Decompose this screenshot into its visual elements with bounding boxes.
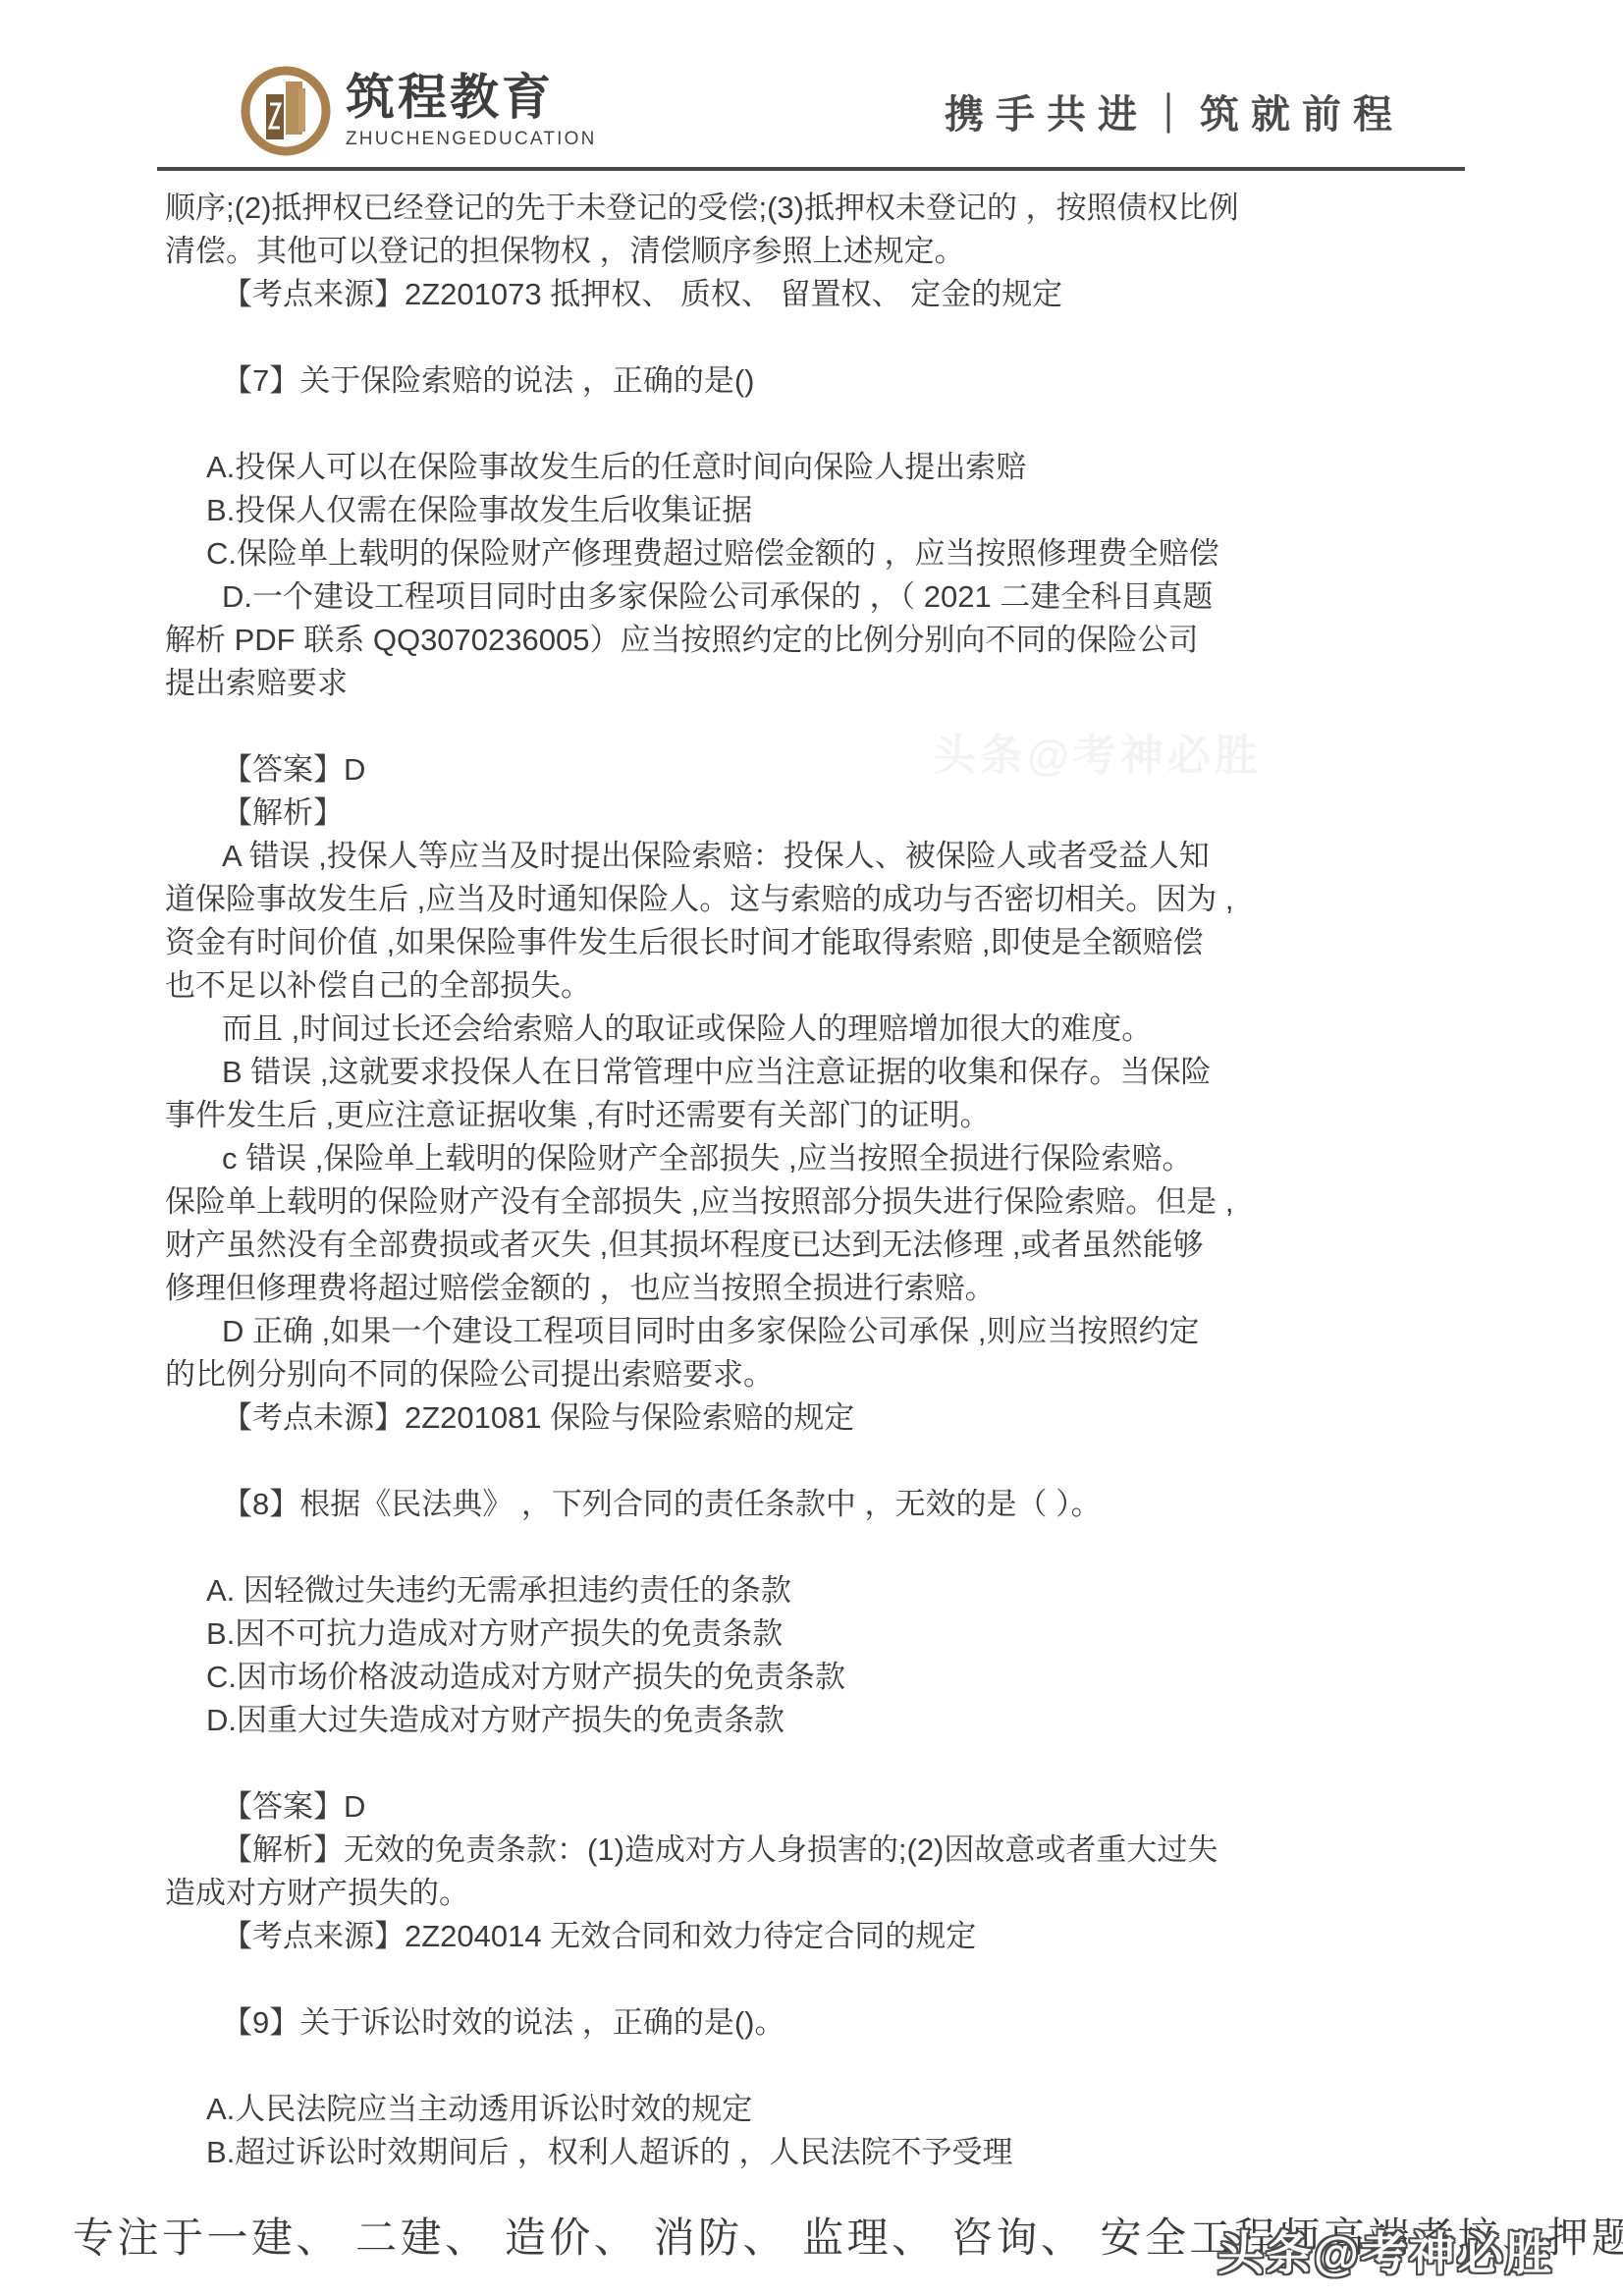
text-line: 修理但修理费将超过赔偿金额的 ，也应当按照全损进行索赔。 [165, 1267, 1469, 1310]
text-line: 顺序;(2)抵押权已经登记的先于未登记的受偿;(3)抵押权未登记的 ，按照债权比… [165, 187, 1469, 230]
text-line: 也不足以补偿自己的全部损失。 [165, 964, 1469, 1008]
text-line: c 错误 ,保险单上载明的保险财产全部损失 ,应当按照全损进行保险索赔。 [165, 1137, 1469, 1180]
text-line: D.一个建设工程项目同时由多家保险公司承保的 ，（ 2021 二建全科目真题 [165, 575, 1469, 619]
text-line: 的比例分别向不同的保险公司提出索赔要求。 [165, 1353, 1469, 1396]
text-line: 【考点来源】2Z204014 无效合同和效力待定合同的规定 [165, 1915, 1469, 1958]
footer-watermark: 头条@考神必胜 [1217, 2217, 1553, 2283]
text-line: 事件发生后 ,更应注意证据收集 ,有时还需要有关部门的证明。 [165, 1094, 1469, 1137]
watermark-faint: 头条@考神必胜 [933, 720, 1262, 783]
document-body: 顺序;(2)抵押权已经登记的先于未登记的受偿;(3)抵押权未登记的 ，按照债权比… [165, 187, 1469, 2174]
text-line: 【答案】D [165, 1785, 1469, 1829]
text-line: 【9】关于诉讼时效的说法 ，正确的是()。 [165, 2001, 1469, 2045]
text-line: 【解析】 [165, 792, 1469, 835]
text-line: 【解析】无效的免责条款：(1)造成对方人身损害的;(2)因故意或者重大过失 [165, 1829, 1469, 1872]
text-line: 而且 ,时间过长还会给索赔人的取证或保险人的理赔增加很大的难度。 [165, 1008, 1469, 1051]
text-line: B.投保人仅需在保险事故发生后收集证据 [165, 489, 1469, 532]
text-line: 解析 PDF 联系 QQ3070236005）应当按照约定的比例分别向不同的保险… [165, 619, 1469, 662]
text-line: A.人民法院应当主动透用诉讼时效的规定 [165, 2088, 1469, 2131]
text-line: C.保险单上载明的保险财产修理费超过赔偿金额的 ，应当按照修理费全赔偿 [165, 532, 1469, 575]
text-line: B.超过诉讼时效期间后 ，权利人超诉的 ，人民法院不予受理 [165, 2131, 1469, 2174]
text-line: 【7】关于保险索赔的说法 ，正确的是() [165, 359, 1469, 403]
brand-name-en: ZHUCHENGEDUCATION [346, 129, 597, 150]
text-line: D.因重大过失造成对方财产损失的免责条款 [165, 1699, 1469, 1742]
text-line: 提出索赔要求 [165, 662, 1469, 705]
text-line: 保险单上载明的保险财产没有全部损失 ,应当按照部分损失进行保险索赔。但是 , [165, 1180, 1469, 1224]
text-line: B.因不可抗力造成对方财产损失的免责条款 [165, 1613, 1469, 1656]
text-line: 【考点来源】2Z201073 抵押权、 质权、 留置权、 定金的规定 [165, 273, 1469, 316]
brand: 筑程教育 ZHUCHENGEDUCATION [240, 65, 597, 157]
text-line: 【答案】D [165, 748, 1469, 792]
text-line: D 正确 ,如果一个建设工程项目同时由多家保险公司承保 ,则应当按照约定 [165, 1310, 1469, 1353]
brand-name-cn: 筑程教育 [346, 72, 597, 124]
text-line: 【8】根据《民法典》 ，下列合同的责任条款中 ，无效的是（ ）。 [165, 1483, 1469, 1526]
text-line: A. 因轻微过失违约无需承担违约责任的条款 [165, 1569, 1469, 1613]
text-line: 清偿。其他可以登记的担保物权 ，清偿顺序参照上述规定。 [165, 230, 1469, 273]
brand-text: 筑程教育 ZHUCHENGEDUCATION [346, 72, 597, 150]
text-line: 【考点未源】2Z201081 保险与保险索赔的规定 [165, 1396, 1469, 1440]
text-line: 财产虽然没有全部费损或者灭失 ,但其损坏程度已达到无法修理 ,或者虽然能够 [165, 1224, 1469, 1267]
text-line: B 错误 ,这就要求投保人在日常管理中应当注意证据的收集和保存。当保险 [165, 1051, 1469, 1094]
document-page: 筑程教育 ZHUCHENGEDUCATION 携手共进｜筑就前程 顺序;(2)抵… [0, 0, 1623, 2296]
header-divider [157, 167, 1465, 171]
text-line: A.投保人可以在保险事故发生后的任意时间向保险人提出索赔 [165, 446, 1469, 489]
text-line: 造成对方财产损失的。 [165, 1872, 1469, 1915]
text-line: 道保险事故发生后 ,应当及时通知保险人。这与索赔的成功与否密切相关。因为 , [165, 878, 1469, 921]
brand-logo-icon [240, 65, 332, 157]
text-line: A 错误 ,投保人等应当及时提出保险索赔：投保人、被保险人或者受益人知 [165, 835, 1469, 878]
text-line: C.因市场价格波动造成对方财产损失的免责条款 [165, 1656, 1469, 1699]
header-slogan: 携手共进｜筑就前程 [945, 83, 1404, 139]
text-line: 资金有时间价值 ,如果保险事件发生后很长时间才能取得索赔 ,即使是全额赔偿 [165, 921, 1469, 964]
page-header: 筑程教育 ZHUCHENGEDUCATION 携手共进｜筑就前程 [157, 57, 1463, 165]
